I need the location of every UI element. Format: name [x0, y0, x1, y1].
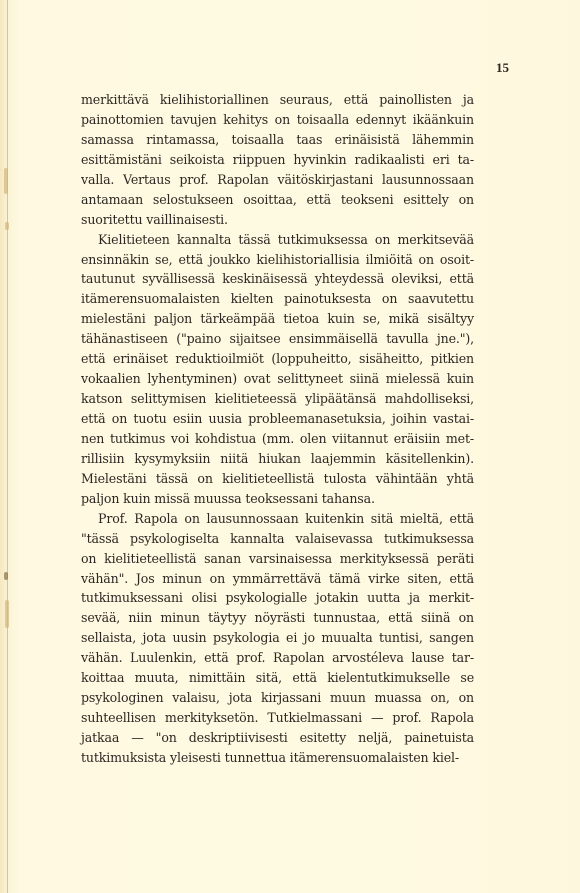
text-line: vähän. Luulenkin, että prof. Rapolan arv… — [81, 648, 474, 668]
paragraph: merkittävä kielihistoriallinen seuraus, … — [81, 90, 474, 230]
text-line: painottomien tavujen kehitys on toisaall… — [81, 110, 474, 130]
scanned-book-page: 15 merkittävä kielihistoriallinen seurau… — [0, 0, 580, 893]
text-line: esittämistäni seikoista riippuen hyvinki… — [81, 150, 474, 170]
text-line: Mielestäni tässä on kielitieteellistä tu… — [81, 469, 474, 489]
text-line: Prof. Rapola on lausunnossaan kuitenkin … — [81, 509, 474, 529]
text-line: "tässä psykologiselta kannalta valaiseva… — [81, 529, 474, 549]
paragraph: Kielitieteen kannalta tässä tutkimuksess… — [81, 230, 474, 509]
text-line: tautunut syvällisessä keskinäisessä yhte… — [81, 269, 474, 289]
text-line: tutkimuksessani olisi psykologialle jota… — [81, 588, 474, 608]
text-line: Kielitieteen kannalta tässä tutkimuksess… — [81, 230, 474, 250]
text-line: psykologinen valaisu, jota kirjassani mu… — [81, 688, 474, 708]
binding-edge — [7, 0, 8, 893]
text-line: että on tuotu esiin uusia probleemanaset… — [81, 409, 474, 429]
body-text: merkittävä kielihistoriallinen seuraus, … — [81, 90, 474, 768]
text-line: antamaan selostukseen osoittaa, että teo… — [81, 190, 474, 210]
text-line: ensinnäkin se, että joukko kielihistoria… — [81, 250, 474, 270]
text-line: suoritettu vaillinaisesti. — [81, 210, 474, 230]
text-line: nen tutkimus voi kohdistua (mm. olen vii… — [81, 429, 474, 449]
text-line: rillisiin kysymyksiin niitä hiukan laaje… — [81, 449, 474, 469]
text-line: valla. Vertaus prof. Rapolan väitöskirja… — [81, 170, 474, 190]
margin-stain — [5, 222, 9, 230]
text-line: sevää, niin minun täytyy nöyrästi tunnus… — [81, 608, 474, 628]
text-line: vähän". Jos minun on ymmärrettävä tämä v… — [81, 569, 474, 589]
text-line: jatkaa — "on deskriptiivisesti esitetty … — [81, 728, 474, 748]
text-line: suhteellisen merkityksetön. Tutkielmassa… — [81, 708, 474, 728]
paragraph: Prof. Rapola on lausunnossaan kuitenkin … — [81, 509, 474, 768]
text-line: samassa rintamassa, toisaalla taas erinä… — [81, 130, 474, 150]
margin-stain — [4, 168, 8, 194]
text-line: tutkimuksista yleisesti tunnettua itämer… — [81, 748, 474, 768]
text-line: on kielitieteellistä sanan varsinaisessa… — [81, 549, 474, 569]
text-line: katson selittymisen kielitieteessä ylipä… — [81, 389, 474, 409]
text-line: paljon kuin missä muussa teoksessani tah… — [81, 489, 474, 509]
text-line: itämerensuomalaisten kielten painotukses… — [81, 289, 474, 309]
text-line: koittaa muuta, nimittäin sitä, että kiel… — [81, 668, 474, 688]
text-line: että erinäiset reduktioilmiöt (loppuheit… — [81, 349, 474, 369]
text-line: tähänastiseen ("paino sijaitsee ensimmäi… — [81, 329, 474, 349]
text-line: mielestäni paljon tärkeämpää tietoa kuin… — [81, 309, 474, 329]
page-number: 15 — [496, 60, 509, 76]
text-line: vokaalien lyhentyminen) ovat selittyneet… — [81, 369, 474, 389]
margin-stain — [5, 600, 9, 628]
text-line: merkittävä kielihistoriallinen seuraus, … — [81, 90, 474, 110]
text-line: sellaista, jota uusin psykologia ei jo m… — [81, 628, 474, 648]
margin-stain — [4, 572, 8, 580]
